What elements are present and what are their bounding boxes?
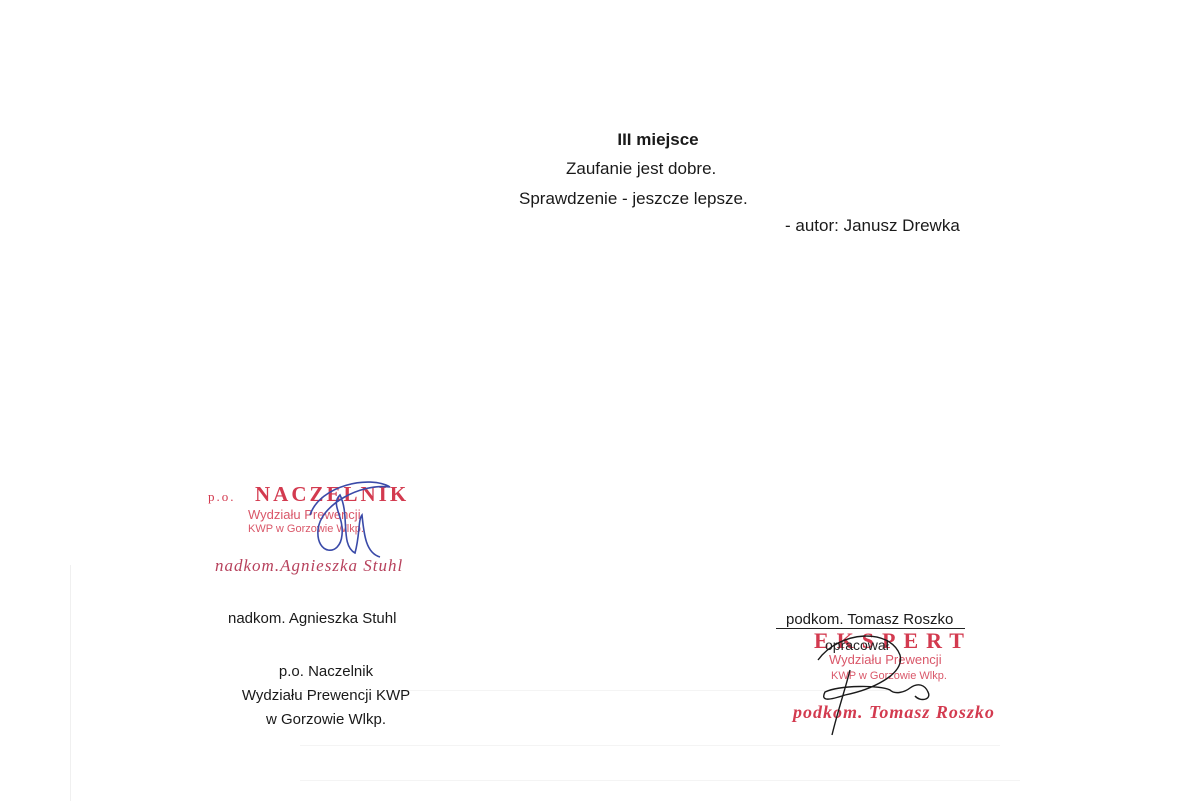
position-line: Wydziału Prewencji KWP [216,684,436,708]
stamp-prefix: p.o. [208,489,236,505]
scan-artifact [300,745,1000,746]
position-line: p.o. Naczelnik [216,660,436,684]
right-typed-name: podkom. Tomasz Roszko [776,611,965,629]
quote-line-1: Zaufanie jest dobre. [566,159,716,179]
scan-artifact [300,780,1020,781]
left-typed-name: nadkom. Agnieszka Stuhl [228,610,396,627]
scan-edge [70,565,71,801]
left-position: p.o. Naczelnik Wydziału Prewencji KWP w … [216,660,436,732]
quote-line-2: Sprawdzenie - jeszcze lepsze. [519,189,748,209]
handwritten-signature-right [810,630,950,740]
author-line: - autor: Janusz Drewka [785,216,960,236]
award-heading: III miejsce [0,130,1200,150]
position-line: w Gorzowie Wlkp. [216,708,436,732]
handwritten-signature-left [300,475,420,565]
